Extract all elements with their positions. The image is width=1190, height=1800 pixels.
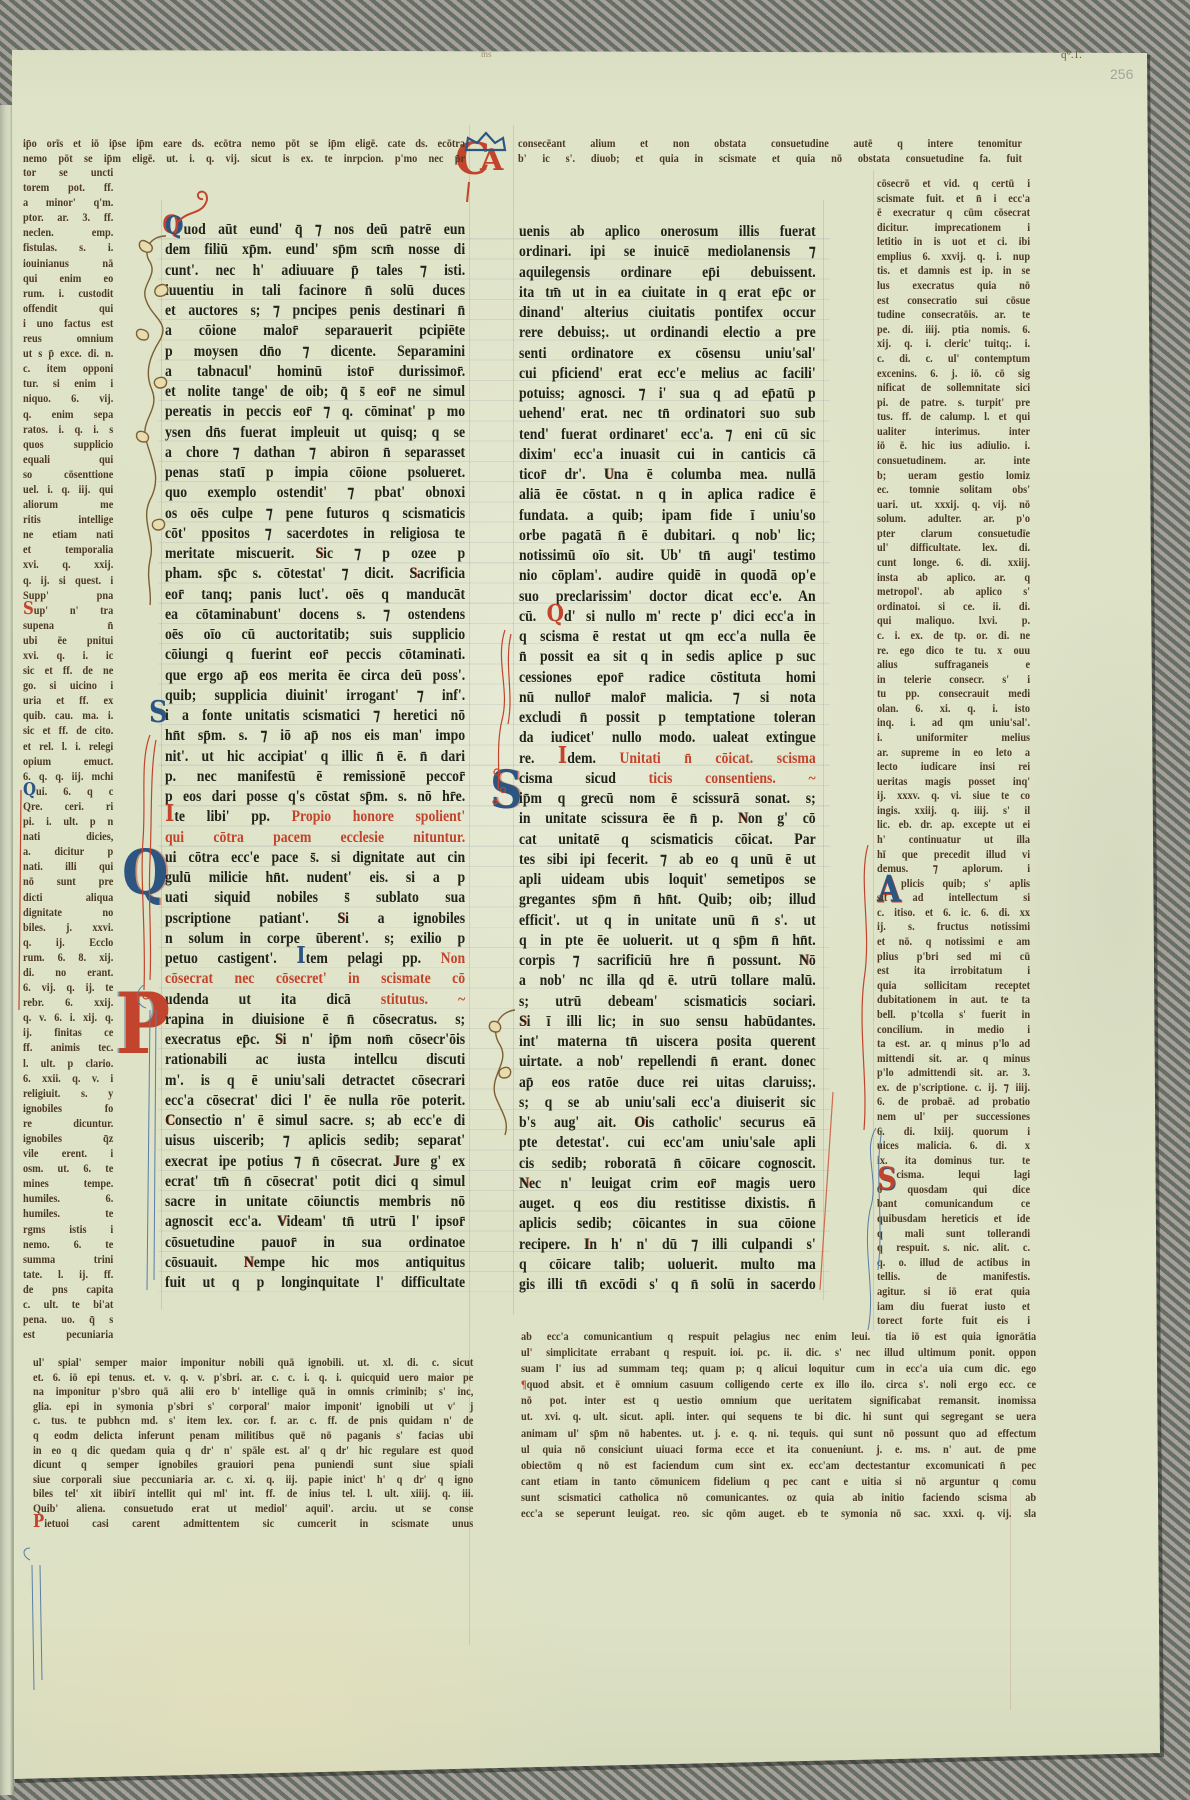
paragraph-mark-initial: A (480, 146, 503, 176)
text-segment: agnoscit ecc'a. (165, 1213, 277, 1230)
main-text-line: n solum in corpe ūberent'. s; exilio p (165, 929, 465, 949)
gloss-line: a. dicitur p (23, 844, 113, 859)
left-gloss-column: tor se unctitorem pot. ff.a minor' q'm.p… (23, 165, 113, 1342)
gloss-line: ar. supreme in eo leto a (877, 745, 1030, 760)
gloss-line: insta ab aplico. ar. q (877, 570, 1030, 585)
touched-capital: S (409, 565, 417, 582)
main-text-line: cui pficiend' erat ecc'e melius ac facil… (519, 364, 816, 384)
main-text-line: efficit'. ut q in unitate unū n̄ s'. ut (519, 911, 816, 931)
main-text-line: Pudenda ut ita dicā stitutus. ~ (165, 990, 465, 1010)
main-text-line: ecc'a cōsecrat' dici l' ēe nulla rōe pot… (165, 1091, 465, 1111)
gloss-line: re. ego dico te tu. x ouu (877, 643, 1030, 658)
right-gloss-column: cōsecrō et vid. q certū iscismate fuit. … (877, 176, 1030, 1328)
main-text-line: cōsuetudine pauor̄ in sua ordinatoe (165, 1233, 465, 1253)
gloss-line: go. si uicino i (23, 678, 113, 693)
gloss-line: uices malicia. 6. di. x (877, 1138, 1030, 1153)
main-text-line: gulū milicie hn̄t. nudent' eis. si a p (165, 868, 465, 888)
gloss-line: i. uniformiter melius (877, 730, 1030, 745)
text-segment: recipere. (519, 1236, 584, 1253)
gloss-line: neclen. emp. (23, 225, 113, 240)
gloss-line: i uno factus est (23, 316, 113, 331)
main-text-line: nio cōplam'. audire quidē in quodā op'e (519, 566, 816, 586)
main-text-line: execrat ipe potius ⁊ n̄ cōsecrat. Jure g… (165, 1152, 465, 1172)
gloss-line: ubi ēe pnitui (23, 633, 113, 648)
gloss-line: plius p'bri sed mi cū (877, 949, 1030, 964)
main-text-line: apli uideam ubis loquit' semetipos se (519, 870, 816, 890)
gloss-line: obiectōm q nō est faciendum cum sint ex.… (521, 1457, 1036, 1473)
gloss-line: ij. s. fructus notissimi (877, 919, 1030, 934)
initial-letter: Q (23, 780, 36, 800)
text-segment: ietuoi casi carent admittentem sic cumce… (44, 1516, 473, 1530)
gloss-line: q. v. 6. i. xij. q. (23, 1010, 113, 1025)
gloss-line: ul' simplicitate errabant q respuit. ioi… (521, 1344, 1036, 1360)
gloss-line: ul' spial' semper maior imponitur nobili… (33, 1355, 473, 1370)
main-text-line: p eos dari posse q's cōstat sp̄m. s. nō … (165, 787, 465, 807)
gloss-line: Pietuoi casi carent admittentem sic cumc… (33, 1516, 473, 1531)
gloss-line: 6 quosdam qui dice (877, 1182, 1030, 1197)
gloss-line: qui maliquo. lxvi. p. (877, 613, 1030, 628)
text-segment: cisma. lequi lagi (896, 1167, 1030, 1181)
gloss-line: so cōsenttione (23, 467, 113, 482)
gloss-line: ip̄o orīs et iō ip̄se ip̄m eare ds. ecōt… (23, 136, 465, 151)
main-text-line: Si ī illi lic; in suo sensu habūdantes. (519, 1012, 816, 1032)
text-segment: petuo castigent'. (165, 950, 296, 967)
main-text-line: agnoscit ecc'a. Videam' tn̄ utrū l' ipso… (165, 1212, 465, 1232)
gloss-line: hī que precedit illud vi (877, 847, 1030, 862)
main-text-line: uenis ab aplico onerosum illis fuerat (519, 222, 816, 242)
text-segment: in unitate scissura ēe n̄ p. (519, 810, 738, 827)
gloss-line: bell. p'tcolla s' fuerit in (877, 1007, 1030, 1022)
gloss-line: pi. i. ult. p n (23, 814, 113, 829)
main-text-line: ysen dn̄s fuerat impleuit ut quisq; q se (165, 423, 465, 443)
gloss-line: aliorum me (23, 497, 113, 512)
gloss-line: metropol'. ab aplico s' (877, 584, 1030, 599)
gloss-line: ff. animis tec. (23, 1040, 113, 1055)
text-segment: execratus ep̄c. (165, 1031, 275, 1048)
gloss-line: bant comunicandum ce (877, 1196, 1030, 1211)
gloss-line: ix. ita dominus tur. te (877, 1153, 1030, 1168)
main-text-line: in unitate scissura ēe n̄ p. Non g' cō (519, 809, 816, 829)
gloss-line: pe. di. iiij. ptia nomis. 6. (877, 322, 1030, 337)
gloss-line: est pecuniaria (23, 1327, 113, 1342)
bottom-gloss-right: ab ecc'a comunicantium q respuit pelagiu… (521, 1328, 1036, 1521)
text-segment: cū. (519, 608, 547, 625)
gloss-line: di. no erant. (23, 965, 113, 980)
text-segment: te libi' pp. (174, 808, 291, 825)
gloss-line: q. ij. si quest. i (23, 573, 113, 588)
text-segment: d' si nullo m' recte p' dici ecc'a in (564, 608, 816, 625)
gloss-line: tate. l. ij. ff. (23, 1267, 113, 1282)
gloss-line: biles. j. xxvi. (23, 920, 113, 935)
text-segment: is catholic' securus eā (645, 1114, 816, 1131)
gloss-line: rum. 6. 8. xij. (23, 950, 113, 965)
main-text-line: hn̄t sp̄m. s. ⁊ iō ap̄ nos eis man' impo (165, 726, 465, 746)
main-text-line: q cōicare talib; uoluerit. multo ma (519, 1255, 816, 1275)
gloss-line: q. ij. Ecclo (23, 935, 113, 950)
main-text-line: notissimū oīo sit. Ub' tn̄ augi' testimo (519, 546, 816, 566)
initial-letter: S (149, 698, 168, 728)
main-text-line: senti ordinatore ex cōsensu uniu'sal' (519, 344, 816, 364)
main-text-line: meritate miscuerit. Sic ⁊ p ozee p (165, 544, 465, 564)
gloss-line: 6. de probaē. ad probatio (877, 1094, 1030, 1109)
gloss-line: Scisma. lequi lagi (877, 1167, 1030, 1182)
gloss-line: offendit qui (23, 301, 113, 316)
gloss-line: q. o. illud de actibus in (877, 1255, 1030, 1270)
gloss-line: quib. cau. ma. i. (23, 708, 113, 723)
ruling-vertical (161, 200, 162, 1310)
text-segment: plicis quib; s' aplis (901, 876, 1030, 890)
main-text-line: s; utrū debeam' scismaticis sociari. (519, 992, 816, 1012)
main-text-line: ap̄ eos ratōe duce rei uitas claruiss;. (519, 1073, 816, 1093)
gloss-line: c. item opponi (23, 361, 113, 376)
text-segment: ure g' ex (400, 1153, 465, 1170)
gloss-line: solum. adulter. ar. p'o (877, 511, 1030, 526)
main-text-line: excludi n̄ possit p temptatione toleran (519, 708, 816, 728)
text-segment: corpis ⁊ sacrificiū hre n̄ possunt. (519, 952, 799, 969)
gloss-line: ecc'a se seperunt leuigat. reo. sic qōm … (521, 1505, 1036, 1521)
initial-letter: I (558, 742, 567, 769)
gloss-line: ignobiles fo (23, 1101, 113, 1116)
gloss-line: quos supplicio (23, 437, 113, 452)
gloss-line: dignitate no (23, 905, 113, 920)
gloss-line: tudine consecratōis. ar. te (877, 307, 1030, 322)
gloss-line: tur. si enim i (23, 376, 113, 391)
gloss-line: ingis. xxiij. q. iiij. s' il (877, 803, 1030, 818)
text-segment: tem pelagi pp. (306, 950, 441, 967)
touched-capital: N (738, 810, 748, 827)
touched-capital: C (165, 1112, 175, 1129)
main-text-line: s; q se ab uniu'sali ecc'a diuiserit sic (519, 1093, 816, 1113)
main-text-line: n̄ possit ea sit q in sedis aplice p suc (519, 647, 816, 667)
gloss-line: c. tus. te pubhcn md. s' item lex. cor. … (33, 1413, 473, 1428)
touched-capital: N (799, 952, 809, 969)
main-text-line: Scisma sicud ticis consentiens. ~ (519, 769, 816, 789)
main-text-line: dem filiū xp̄m. eund' sp̄m scm̄ nosse di (165, 240, 465, 260)
gloss-line: rgms istis i (23, 1222, 113, 1237)
rubric-text: cōsecrat nec cōsecret' in scismate cō (165, 970, 465, 987)
gloss-line: dicitur. imprecationem i (877, 220, 1030, 235)
main-text-line: recipere. In h' n' dū ⁊ illi culpandi s' (519, 1235, 816, 1255)
gloss-line: et nō. q notissimi e am (877, 934, 1030, 949)
gloss-line: q eodm delicta inferunt penam militibus … (33, 1428, 473, 1443)
gloss-line: a minor' q'm. (23, 195, 113, 210)
text-segment: on g' cō (748, 810, 816, 827)
main-text-line: et nolite tange' de oib; q̄ s̄ eor̄ ne s… (165, 382, 465, 402)
main-text-line: cū. Qd' si nullo m' recte p' dici ecc'a … (519, 607, 816, 627)
top-gloss-right: consecēant alium et non obstata consuetu… (518, 136, 1022, 165)
touched-capital: N (519, 1175, 529, 1192)
main-text-line: ecrat' tm̄ n̄ cōsecrat' potit dici q sim… (165, 1172, 465, 1192)
gloss-line: et temporalia (23, 542, 113, 557)
touched-capital: S (519, 1013, 527, 1030)
text-segment: cōsuauit. (165, 1254, 244, 1271)
gloss-line: ab ecc'a comunicantium q respuit pelagiu… (521, 1328, 1036, 1344)
main-text-line: ip̄m q grecū nom ē scissurā sonat. s; (519, 789, 816, 809)
main-text-line: cōsecrat nec cōsecret' in scismate cō (165, 969, 465, 989)
gloss-line: tor se uncti (23, 165, 113, 180)
gloss-line: iam diu fuerat iusto et (877, 1299, 1030, 1314)
gloss-line: ignobiles q̄z (23, 1131, 113, 1146)
text-segment: cisma sicud (519, 770, 649, 787)
text-segment: i ī illi lic; in suo sensu habūdantes. (527, 1013, 816, 1030)
gloss-line: niquo. 6. vij. (23, 391, 113, 406)
gloss-line: tus. ff. de calump. l. et qui (877, 409, 1030, 424)
gloss-line: nō sunt pre (23, 874, 113, 889)
main-text-line: uehend' erat. nec tn̄ ordinatori suo sub (519, 404, 816, 424)
gloss-line: sit ad intellectum si (877, 890, 1030, 905)
text-segment: re. (519, 750, 558, 767)
main-text-line: pscriptione patiant'. Si a ignobiles (165, 909, 465, 929)
text-segment: pham. sp̄c s. cōtestat' ⁊ dicit. (165, 565, 409, 582)
text-segment: dem. (567, 750, 619, 767)
main-text-line: et auctores s; ⁊ pncipes penis destinari… (165, 301, 465, 321)
gloss-line: c. ult. te bi'at (23, 1297, 113, 1312)
main-text-line: aplicis sedib; cōicantes in sua cōione (519, 1214, 816, 1234)
main-text-line: cunt'. nec h' adiuuare p̄ tales ⁊ isti. (165, 261, 465, 281)
gloss-line: cant etiam in tanto cōmunicem fidelium q… (521, 1473, 1036, 1489)
gloss-line: b' ic s'. diuob; et quia in scismate et … (518, 151, 1022, 166)
main-text-line: a cōione malor̄ separauerit pcipiēte (165, 321, 465, 341)
main-text-line: cat unitatē q scismaticis cōicat. Par (519, 830, 816, 850)
text-segment: i a fonte unitatis scismatici ⁊ heretici… (165, 707, 465, 724)
touched-capital: S (315, 545, 323, 562)
gloss-line: opium emuct. (23, 754, 113, 769)
gloss-line: Qre. ceri. ri (23, 799, 113, 814)
gloss-line: excenins. 6. j. iō. cō sig (877, 366, 1030, 381)
gloss-line: lecto iudicare insi rei (877, 759, 1030, 774)
gloss-line: nō pot. inter est q uestio omnium que ue… (521, 1392, 1036, 1408)
gloss-line: est ita irrobitatum i (877, 963, 1030, 978)
facing-page-edge (0, 105, 14, 1795)
rubric-text: qui cōtra pacem ecclesie nituntur. (165, 829, 465, 846)
main-text-line: ea cōtaminabunt' docens s. ⁊ ostendens (165, 605, 465, 625)
main-text-line: Qui cōtra ecc'e pace s̄. si dignitate au… (165, 848, 465, 868)
gloss-line: q. enim sepa (23, 407, 113, 422)
text-segment: meritate miscuerit. (165, 545, 315, 562)
gloss-line: b; ueram gestio lomiz (877, 468, 1030, 483)
folio-number: 256 (1110, 66, 1133, 82)
quire-mark: q⁰.1. (1061, 48, 1082, 61)
main-text-line: ordinari. ipi se inuicē mediolanensis ⁊ (519, 242, 816, 262)
main-text-line: penas statī p impia cōione psolueret. (165, 463, 465, 483)
gloss-line: na imponitur p'sbro quā alii ero b' inte… (33, 1384, 473, 1399)
main-text-line: rere debuiss;. ut ordinandi electio a pr… (519, 323, 816, 343)
gloss-line: pter clarum consuetudīe (877, 526, 1030, 541)
initial-letter: Q (122, 842, 168, 904)
gloss-line: l. ult. p clario. (23, 1056, 113, 1071)
gloss-line: nificat de sollemnitate sici (877, 380, 1030, 395)
text-segment: pscriptione patiant'. (165, 910, 337, 927)
main-text-line: cōiungi q fuerint eor̄ peccis cōtaminati… (165, 645, 465, 665)
gloss-line: siue corporali siue peccuniaria ar. c. x… (33, 1472, 473, 1487)
main-text-line: aquilegensis ordinare ep̄i debuissent. (519, 263, 816, 283)
main-text-line: nū nullor̄ malor̄ malicia. ⁊ si nota (519, 688, 816, 708)
gloss-line: ec. tomnie solitam obs' (877, 482, 1030, 497)
gloss-line: in telerie consecr. s' i (877, 672, 1030, 687)
ruling-vertical (873, 170, 874, 1330)
text-segment: ec n' leuigat crim eor̄ magis uero (529, 1175, 816, 1192)
gloss-line: alius suffraganeis e (877, 657, 1030, 672)
gloss-line: humiles. te (23, 1206, 113, 1221)
gloss-line: summa trini (23, 1252, 113, 1267)
gloss-line: nati dicies, (23, 829, 113, 844)
main-text-line: nit'. ut hic accipiat' q illic n̄ ē. n̄ … (165, 747, 465, 767)
main-text-line: cessiones epor̄ radice cōstituta homi (519, 668, 816, 688)
touched-capital: S (275, 1031, 283, 1048)
gloss-line: c. itiso. et 6. ic. 6. di. xx (877, 905, 1030, 920)
rubric-text: ticis consentiens. ~ (649, 770, 816, 787)
gloss-line: tis. et damnis est ip. in se (877, 263, 1030, 278)
gloss-line: letitio in is uot et ci. ibi (877, 234, 1030, 249)
main-text-line: pereatis in peccis eor̄ ⁊ q. cōminat' p … (165, 402, 465, 422)
top-margin-mark: ms (481, 49, 492, 59)
main-text-line: uati siquid nobiles s̄ sublato sua (165, 888, 465, 908)
gloss-line: de pns capita (23, 1282, 113, 1297)
gloss-line: ut s p̄ exce. di. n. (23, 346, 113, 361)
gloss-line: mittendi sit. ar. q minus (877, 1051, 1030, 1066)
gloss-line: pi. de patre. s. turpit' pre (877, 395, 1030, 410)
gloss-line: ul' difficultate. lex. di. (877, 540, 1030, 555)
touched-capital: N (244, 1254, 254, 1271)
gloss-line: ¶quod absit. et ē omnium casuum colligen… (521, 1376, 1036, 1392)
gloss-line: reus omnium (23, 331, 113, 346)
initial-letter: Q (165, 211, 184, 240)
gloss-line: lic. eb. dr. ap. excepte ut ei (877, 817, 1030, 832)
main-text-line: int' materna tn̄ uiscera posita querent (519, 1032, 816, 1052)
main-text-line: iuuentiu in tali facinore n̄ solū duces (165, 281, 465, 301)
gloss-line: ueritas magis posset inq' (877, 774, 1030, 789)
main-text-line: pham. sp̄c s. cōtestat' ⁊ dicit. Sacrifi… (165, 564, 465, 584)
gloss-line: glia. epi in symonia p'sbri s' corporal'… (33, 1399, 473, 1414)
gloss-line: religiuit. s. y (23, 1086, 113, 1101)
main-text-line: que ergo ap̄ eos merita ēe circa deū pos… (165, 666, 465, 686)
gloss-line: ne etiam nati (23, 527, 113, 542)
main-text-line: gregantes sp̄m n̄ hn̄t. Quib; oib; illud (519, 890, 816, 910)
gloss-line: xvi. q. i. ic (23, 648, 113, 663)
gloss-line: ex. de p'scriptione. c. ij. ⁊ iiij. (877, 1080, 1030, 1095)
top-gloss-left: ip̄o orīs et iō ip̄se ip̄m eare ds. ecōt… (23, 136, 465, 165)
gloss-line: cōsecrō et vid. q certū i (877, 176, 1030, 191)
ruling-vertical (513, 125, 514, 1315)
main-text-line: Si a fonte unitatis scismatici ⁊ heretic… (165, 706, 465, 726)
gloss-line: Supp' pna (23, 588, 113, 603)
main-text-line: os oēs culpe ⁊ pene futuros q scismatici… (165, 504, 465, 524)
gloss-line: nem ul' per successiones (877, 1109, 1030, 1124)
rubric-text: stitutus. ~ (381, 991, 465, 1008)
gloss-line: vile erent. i (23, 1146, 113, 1161)
text-segment: acrificia (417, 565, 465, 582)
bottom-gloss-left: ul' spial' semper maior imponitur nobili… (33, 1355, 473, 1530)
gloss-line: h' continuatur ut illa (877, 832, 1030, 847)
gloss-line: consuetudinem. ar. inte (877, 453, 1030, 468)
gloss-line: sunt scismatici catholica nō comunicante… (521, 1489, 1036, 1505)
text-segment: na ē columba mea. nullā (614, 466, 816, 483)
gloss-line: re dicuntur. (23, 1116, 113, 1131)
gloss-line: q respuit. s. nic. alit. c. (877, 1240, 1030, 1255)
gloss-line: uel. i. q. iij. qui (23, 482, 113, 497)
gloss-line: in eo q dic quedam quia q dr' n' spāle e… (33, 1443, 473, 1458)
gloss-line: equali qui (23, 452, 113, 467)
gloss-line: tu pp. consecrauit medi (877, 686, 1030, 701)
initial-letter: P (33, 1512, 44, 1532)
main-text-line: a tabnacul' hominū istor̄ durissimor̄. (165, 362, 465, 382)
gloss-line: emplius 6. xxvij. q. i. nup (877, 249, 1030, 264)
main-text-line: m'. is q ē uniu'sali detractet cōsecrari (165, 1071, 465, 1091)
text-segment: execrat ipe potius ⁊ n̄ cōsecrat. (165, 1153, 393, 1170)
gloss-line: osm. ut. 6. te (23, 1161, 113, 1176)
text-segment: quod absit. et ē omnium casuum colligend… (527, 1377, 1037, 1391)
ruling-vertical (823, 200, 824, 1300)
gloss-line: supena n̄ (23, 618, 113, 633)
gloss-line: xvi. q. xxij. (23, 557, 113, 572)
text-segment: onsectio n' ē simul sacre. s; ab ecc'e d… (175, 1112, 465, 1129)
main-text-line: execratus ep̄c. Si n' ip̄m nom̄ cōsecr'ō… (165, 1030, 465, 1050)
gloss-line: ē execratur q cūm cōsecrat (877, 205, 1030, 220)
gloss-line: concilium. in medio i (877, 1022, 1030, 1037)
gloss-line: tellis. de manifestis. (877, 1269, 1030, 1284)
text-segment: i a ignobiles (345, 910, 465, 927)
gloss-line: Quib' aliena. consuetudo erat ut mediol'… (33, 1501, 473, 1516)
main-text-line: Nec n' leuigat crim eor̄ magis uero (519, 1174, 816, 1194)
gloss-line: sic et ff. de cito. (23, 723, 113, 738)
text-segment: ic ⁊ p ozee p (323, 545, 465, 562)
main-text-line: potuiss; agnosci. ⁊ i' sua q ad ep̄atū p (519, 384, 816, 404)
main-text-line: auget. q eos diu restitisse dixistis. n̄ (519, 1194, 816, 1214)
main-text-line: re. Idem. Unitati n̄ cōicat. scisma (519, 749, 816, 769)
main-text-line: uirtate. a nob' repellendi n̄ erant. don… (519, 1052, 816, 1072)
text-segment: ui cōtra ecc'e pace s̄. si dignitate aut… (165, 849, 465, 866)
initial-letter: I (296, 942, 305, 969)
initial-letter: S (23, 599, 34, 619)
main-text-column-2: uenis ab aplico onerosum illis fueratord… (519, 222, 816, 1295)
gloss-line: ut. xvi. q. ult. sicut. apli. inter. qui… (521, 1408, 1036, 1424)
main-text-line: p moysen dn̄o ⁊ dicente. Separamini (165, 342, 465, 362)
main-text-line: rationabili ac iusta intellcu discuti (165, 1050, 465, 1070)
main-text-column-1: Quod aūt eund' q̄ ⁊ nos deū patrē eundem… (165, 220, 465, 1293)
text-segment: empe hic mos antiquitus (254, 1254, 465, 1271)
text-segment: ideam' tn̄ utrū l' ipsor̄ (286, 1213, 465, 1230)
touched-capital: U (604, 466, 614, 483)
main-text-line: a chore ⁊ dathan ⁊ abiron n̄ separasset (165, 443, 465, 463)
initial-letter: P (116, 982, 170, 1066)
main-text-line: pte detestat'. cui ecc'am uniu'sale apli (519, 1133, 816, 1153)
main-text-line: fundata. a quib; ipam fide ī uniu'so (519, 506, 816, 526)
main-text-line: quo exemplo ostendit' ⁊ pbat' obnoxi (165, 483, 465, 503)
main-text-line: tend' fuerat ordinaret' ecc'a. ⁊ eni cū … (519, 425, 816, 445)
main-text-line: gis illi tn̄ excōdi s' q n̄ solū in sace… (519, 1275, 816, 1295)
gloss-line: animam ul' sp̄m nō habentes. ut. j. e. q… (521, 1425, 1036, 1441)
rubric-text: Non (441, 950, 465, 967)
main-text-line: uisus uiscerib; ⁊ aplicis sedib; separat… (165, 1131, 465, 1151)
gloss-line: xij. q. i. cleric' tuitq;. i. (877, 336, 1030, 351)
gloss-line: iouinianus nā (23, 256, 113, 271)
gloss-line: torect forte fuit eis i (877, 1313, 1030, 1328)
main-text-line: q in pte ēe uoluerit. ut q sp̄m n̄ hn̄t. (519, 931, 816, 951)
main-text-line: Consectio n' ē simul sacre. s; ab ecc'e … (165, 1111, 465, 1131)
main-text-line: ita tm̄ ut in ea ciuitate in q erat ep̄c… (519, 283, 816, 303)
main-text-line: aliā ēe cōstat. n q in aplica radice ē (519, 485, 816, 505)
text-segment: ui. 6. q c (36, 784, 113, 798)
gloss-line: olan. 6. xi. q. i. isto (877, 701, 1030, 716)
text-segment: ō (809, 952, 816, 969)
gloss-line: sic et ff. de ne (23, 663, 113, 678)
main-text-line: cis sedib; roboratā n̄ cōicare cognoscit… (519, 1154, 816, 1174)
gloss-line: ualiter interimus. inter (877, 424, 1030, 439)
gloss-line: mines tempe. (23, 1176, 113, 1191)
main-text-line: sacre in unitate cōiunctis membris nō (165, 1192, 465, 1212)
text-segment: uod aūt eund' q̄ ⁊ nos deū patrē eun (184, 221, 466, 238)
main-text-line: rapina in diuisione ē n̄ cōsecratus. s; (165, 1010, 465, 1030)
